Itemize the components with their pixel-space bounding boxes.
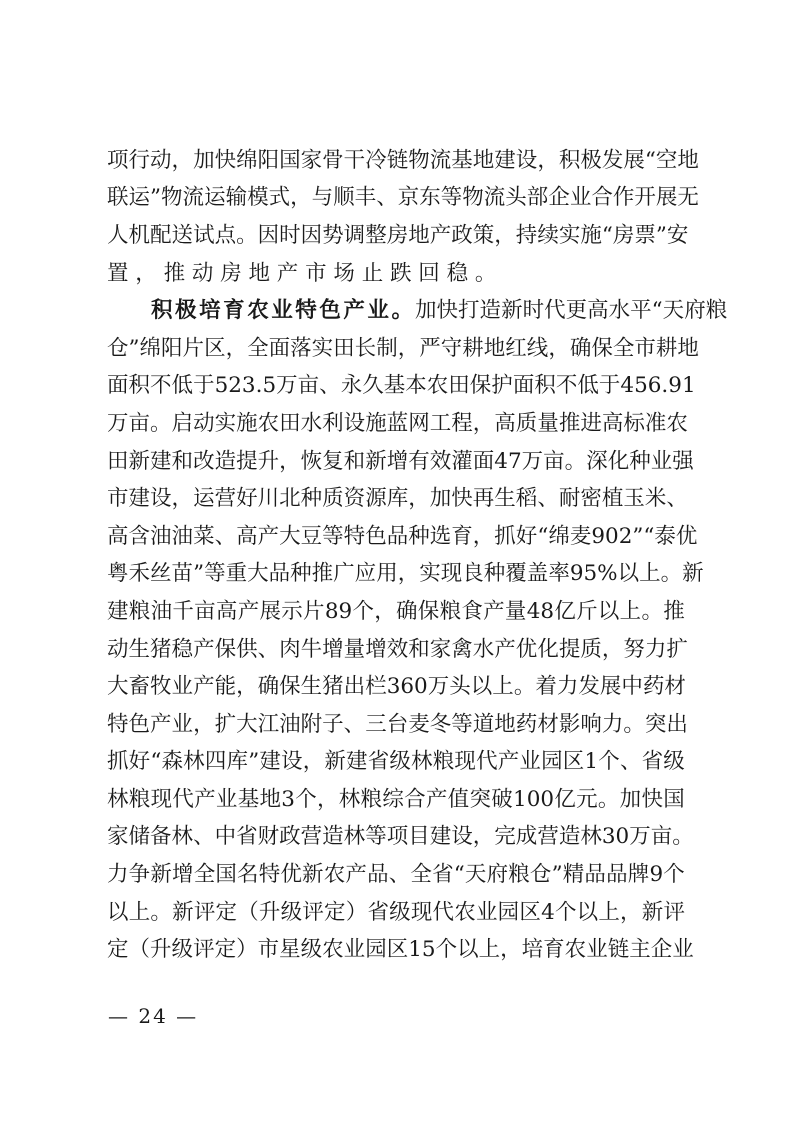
paragraph-first-line: 积极培育农业特色产业。 加快打造新时代更高水平“天府粮 bbox=[107, 292, 685, 330]
text-line: 家储备林、中省财政营造林等项目建设，完成营造林30万亩。 bbox=[107, 819, 685, 857]
text-line: 田新建和改造提升，恢复和新增有效灌面47万亩。深化种业强 bbox=[107, 443, 685, 481]
text-line: 面积不低于523.5万亩、永久基本农田保护面积不低于456.91 bbox=[107, 368, 685, 406]
text-line: 置，推动房地产市场止跌回稳。 bbox=[107, 255, 685, 293]
text-line: 高含油油菜、高产大豆等特色品种选育，抓好“绵麦902”“泰优 bbox=[107, 518, 685, 556]
text-line: 联运”物流运输模式，与顺丰、京东等物流头部企业合作开展无 bbox=[107, 180, 685, 218]
text-line: 市建设，运营好川北种质资源库，加快再生稻、耐密植玉米、 bbox=[107, 480, 685, 518]
body-text: 项行动，加快绵阳国家骨干冷链物流基地建设，积极发展“空地 联运”物流运输模式，与… bbox=[107, 142, 685, 969]
text-line: 抓好“森林四库”建设，新建省级林粮现代产业园区1个、省级 bbox=[107, 744, 685, 782]
text-line: 特色产业，扩大江油附子、三台麦冬等道地药材影响力。突出 bbox=[107, 706, 685, 744]
text-line: 仓”绵阳片区，全面落实田长制，严守耕地红线，确保全市耕地 bbox=[107, 330, 685, 368]
text-line: 粤禾丝苗”等重大品种推广应用，实现良种覆盖率95%以上。新 bbox=[107, 556, 685, 594]
text-line: 以上。新评定（升级评定）省级现代农业园区4个以上，新评 bbox=[107, 894, 685, 932]
document-page: 项行动，加快绵阳国家骨干冷链物流基地建设，积极发展“空地 联运”物流运输模式，与… bbox=[0, 0, 793, 1122]
text-line: 定（升级评定）市星级农业园区15个以上，培育农业链主企业 bbox=[107, 931, 685, 969]
text-line: 万亩。启动实施农田水利设施蓝网工程，高质量推进高标准农 bbox=[107, 405, 685, 443]
section-heading: 积极培育农业特色产业。 bbox=[151, 296, 413, 326]
text-segment: 加快打造新时代更高水平“天府粮 bbox=[415, 296, 685, 326]
text-line: 建粮油千亩高产展示片89个，确保粮食产量48亿斤以上。推 bbox=[107, 593, 685, 631]
page-number: — 24 — bbox=[108, 1003, 198, 1029]
text-line: 力争新增全国名特优新农产品、全省“天府粮仓”精品品牌9个 bbox=[107, 856, 685, 894]
text-line: 人机配送试点。因时因势调整房地产政策，持续实施“房票”安 bbox=[107, 217, 685, 255]
text-line: 动生猪稳产保供、肉牛增量增效和家禽水产优化提质，努力扩 bbox=[107, 631, 685, 669]
text-line: 大畜牧业产能，确保生猪出栏360万头以上。着力发展中药材 bbox=[107, 668, 685, 706]
text-line: 项行动，加快绵阳国家骨干冷链物流基地建设，积极发展“空地 bbox=[107, 142, 685, 180]
text-line: 林粮现代产业基地3个，林粮综合产值突破100亿元。加快国 bbox=[107, 781, 685, 819]
